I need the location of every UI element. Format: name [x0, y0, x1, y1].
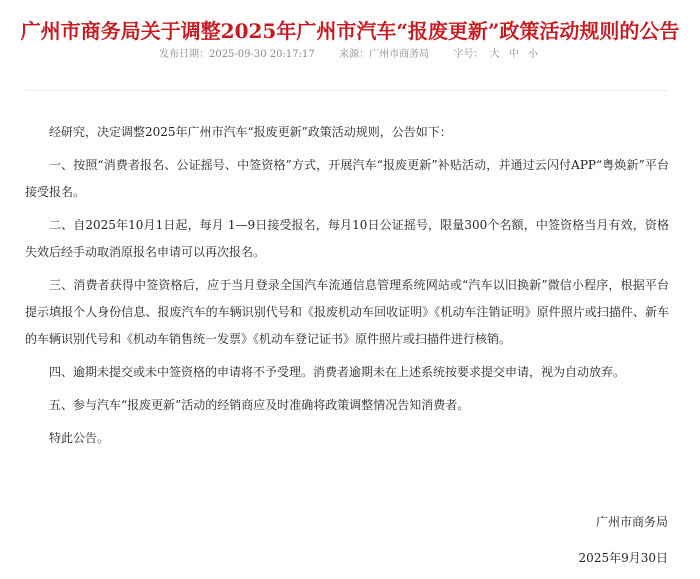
paragraph-closing: 特此公告。 [25, 425, 669, 452]
paragraph-item-1: 一、按照“消费者报名、公证摇号、中签资格”方式，开展汽车“报废更新”补贴活动，并… [25, 152, 669, 206]
font-size-medium-button[interactable]: 中 [509, 47, 519, 63]
paragraph-item-5: 五、参与汽车“报废更新”活动的经销商应及时准确将政策调整情况告知消费者。 [25, 392, 669, 419]
article-meta: 发布日期：2025-09-30 20:17:17 来源：广州市商务局 字号： 大… [0, 47, 700, 63]
font-size-small-button[interactable]: 小 [528, 47, 538, 63]
paragraph-item-4: 四、逾期未提交或未中签资格的申请将不予受理。消费者逾期未在上述系统按要求提交申请… [25, 359, 669, 386]
signature-organization: 广州市商务局 [596, 514, 668, 530]
paragraph-item-2: 二、自2025年10月1日起，每月 1—9日接受报名，每月10日公证摇号，限量3… [25, 212, 669, 266]
signature-date: 2025年9月30日 [579, 550, 668, 566]
publish-date-label: 发布日期： [159, 47, 209, 63]
paragraph-item-3: 三、消费者获得中签资格后，应于当月登录全国汽车流通信息管理系统网站或“汽车以旧换… [25, 272, 669, 353]
font-size-large-button[interactable]: 大 [490, 47, 500, 63]
paragraph-intro: 经研究，决定调整2025年广州市汽车“报废更新”政策活动规则，公告如下： [25, 119, 669, 146]
source-value: 广州市商务局 [369, 47, 429, 63]
page-title: 广州市商务局关于调整2025年广州市汽车“报废更新”政策活动规则的公告 [0, 17, 700, 45]
header-divider [25, 90, 668, 91]
article-body: 经研究，决定调整2025年广州市汽车“报废更新”政策活动规则，公告如下： 一、按… [25, 119, 669, 452]
publish-datetime: 2025-09-30 20:17:17 [209, 47, 315, 63]
source-label: 来源： [339, 47, 369, 63]
font-size-label: 字号： [453, 47, 483, 63]
